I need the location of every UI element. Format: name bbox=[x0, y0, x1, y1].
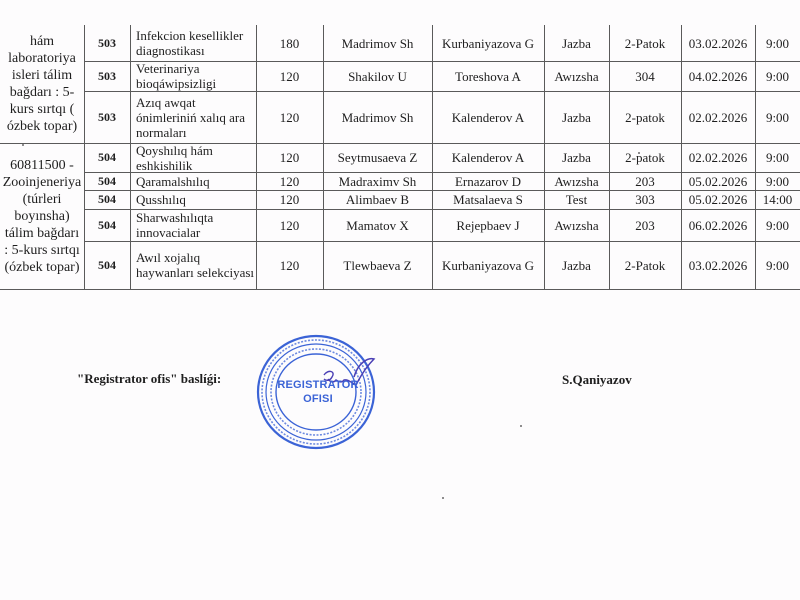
exam-time-cell: 9:00 bbox=[755, 172, 800, 190]
exam-date-cell: 02.02.2026 bbox=[681, 143, 755, 172]
hours-cell: 120 bbox=[256, 172, 323, 190]
exam-date-cell: 05.02.2026 bbox=[681, 190, 755, 209]
exam-form-cell: Awızsha bbox=[544, 172, 609, 190]
room-cell: 2-patok bbox=[609, 143, 681, 172]
exam-form-cell: Jazba bbox=[544, 143, 609, 172]
subject-cell: Azıq awqat ónimleriniń xalıq ara normala… bbox=[130, 91, 256, 143]
room-cell: 304 bbox=[609, 61, 681, 91]
exam-schedule-table: hám laboratoriya isleri tálim bağdarı : … bbox=[0, 0, 800, 300]
hours-cell: 120 bbox=[256, 61, 323, 91]
room-cell: 2-patok bbox=[609, 91, 681, 143]
lecturer-cell: Mamatov X bbox=[323, 209, 432, 241]
exam-date-cell: 03.02.2026 bbox=[681, 25, 755, 61]
exam-time-cell: 14:00 bbox=[755, 190, 800, 209]
scan-speck bbox=[520, 425, 522, 427]
scan-speck bbox=[442, 497, 444, 499]
exam-time-cell: 9:00 bbox=[755, 91, 800, 143]
exam-time-cell: 9:00 bbox=[755, 209, 800, 241]
group-code-cell: 504 bbox=[84, 190, 130, 209]
hours-cell: 120 bbox=[256, 190, 323, 209]
exam-date-cell: 02.02.2026 bbox=[681, 91, 755, 143]
hours-cell: 120 bbox=[256, 209, 323, 241]
stamp-text-line1: REGISTRATOR bbox=[256, 379, 380, 391]
exam-date-cell: 06.02.2026 bbox=[681, 209, 755, 241]
subject-cell: Sharwashılıqta innovacialar bbox=[130, 209, 256, 241]
room-cell: 203 bbox=[609, 172, 681, 190]
exam-time-cell: 9:00 bbox=[755, 241, 800, 289]
room-cell: 203 bbox=[609, 209, 681, 241]
subject-cell: Awıl xojalıq haywanları selekciyası bbox=[130, 241, 256, 289]
exam-form-cell: Jazba bbox=[544, 241, 609, 289]
group-code-cell: 503 bbox=[84, 25, 130, 61]
subject-cell: Qaramalshılıq bbox=[130, 172, 256, 190]
group-code-cell: 504 bbox=[84, 143, 130, 172]
exam-time-cell: 9:00 bbox=[755, 61, 800, 91]
examiner-cell: Rejepbaev J bbox=[432, 209, 544, 241]
document-page: hám laboratoriya isleri tálim bağdarı : … bbox=[0, 0, 800, 600]
examiner-cell: Kalenderov A bbox=[432, 91, 544, 143]
program-group-cell: 60811500 - Zooinjeneriya (túrleri boyıns… bbox=[0, 143, 84, 289]
lecturer-cell: Tlewbaeva Z bbox=[323, 241, 432, 289]
subject-cell: Veterinariya bioqáwipsizligi bbox=[130, 61, 256, 91]
group-code-cell: 504 bbox=[84, 241, 130, 289]
hours-cell: 120 bbox=[256, 143, 323, 172]
subject-cell: Infekcion kesellikler diagnostikası bbox=[130, 25, 256, 61]
signature-label: "Registrator ofis" baslíǵi: bbox=[77, 371, 221, 387]
exam-date-cell: 04.02.2026 bbox=[681, 61, 755, 91]
examiner-cell: Kalenderov A bbox=[432, 143, 544, 172]
examiner-cell: Ernazarov D bbox=[432, 172, 544, 190]
subject-cell: Qoyshılıq hám eshkishilik bbox=[130, 143, 256, 172]
exam-form-cell: Test bbox=[544, 190, 609, 209]
exam-time-cell: 9:00 bbox=[755, 25, 800, 61]
examiner-cell: Matsalaeva S bbox=[432, 190, 544, 209]
group-code-cell: 504 bbox=[84, 209, 130, 241]
exam-date-cell: 03.02.2026 bbox=[681, 241, 755, 289]
subject-cell: Qusshılıq bbox=[130, 190, 256, 209]
hours-cell: 120 bbox=[256, 241, 323, 289]
lecturer-cell: Madraximv Sh bbox=[323, 172, 432, 190]
signatory-name: S.Qaniyazov bbox=[562, 372, 632, 388]
hours-cell: 120 bbox=[256, 91, 323, 143]
table-row-divider bbox=[0, 289, 800, 290]
scan-speck bbox=[22, 144, 24, 146]
examiner-cell: Toreshova A bbox=[432, 61, 544, 91]
lecturer-cell: Seytmusaeva Z bbox=[323, 143, 432, 172]
lecturer-cell: Madrimov Sh bbox=[323, 25, 432, 61]
stamp-seal-icon bbox=[256, 333, 380, 451]
group-code-cell: 503 bbox=[84, 61, 130, 91]
exam-form-cell: Awızsha bbox=[544, 209, 609, 241]
lecturer-cell: Madrimov Sh bbox=[323, 91, 432, 143]
registrar-stamp: REGISTRATOR OFISI bbox=[256, 333, 380, 451]
lecturer-cell: Shakilov U bbox=[323, 61, 432, 91]
hours-cell: 180 bbox=[256, 25, 323, 61]
group-code-cell: 504 bbox=[84, 172, 130, 190]
exam-time-cell: 9:00 bbox=[755, 143, 800, 172]
exam-form-cell: Awızsha bbox=[544, 61, 609, 91]
exam-form-cell: Jazba bbox=[544, 25, 609, 61]
lecturer-cell: Alimbaev B bbox=[323, 190, 432, 209]
room-cell: 2-Patok bbox=[609, 25, 681, 61]
exam-form-cell: Jazba bbox=[544, 91, 609, 143]
room-cell: 2-Patok bbox=[609, 241, 681, 289]
program-group-cell: hám laboratoriya isleri tálim bağdarı : … bbox=[0, 25, 84, 143]
group-code-cell: 503 bbox=[84, 91, 130, 143]
examiner-cell: Kurbaniyazova G bbox=[432, 25, 544, 61]
examiner-cell: Kurbaniyazova G bbox=[432, 241, 544, 289]
scan-speck bbox=[638, 152, 640, 154]
stamp-text-line2: OFISI bbox=[256, 393, 380, 405]
exam-date-cell: 05.02.2026 bbox=[681, 172, 755, 190]
room-cell: 303 bbox=[609, 190, 681, 209]
